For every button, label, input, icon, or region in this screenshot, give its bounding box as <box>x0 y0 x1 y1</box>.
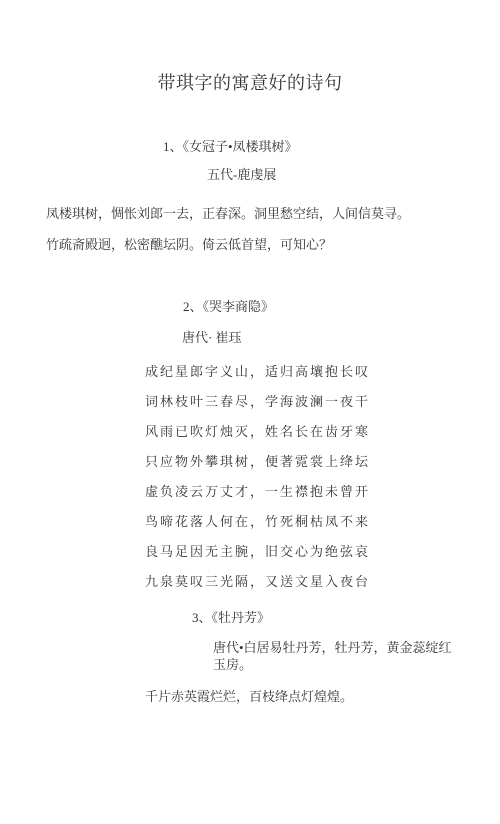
section-2-heading: 2、《哭李商隐》 <box>183 299 274 314</box>
section-2-verse-line: 鸟啼花落人何在，竹死桐枯凤不来 <box>145 514 370 529</box>
section-2-author: 唐代· 崔珏 <box>182 330 242 345</box>
section-3-author-and-verse: 唐代•白居易牡丹芳，牡丹芳，黄金蕊绽红玉房。 <box>213 639 455 673</box>
document-page: 带琪字的寓意好的诗句 1、《女冠子•凤楼琪树》 五代-鹿虔展 凤楼琪树，惆怅刘郎… <box>0 0 500 824</box>
section-2-verse-line: 词林枝叶三春尽，学海波澜一夜干 <box>145 394 370 409</box>
section-1-verse-line: 竹疏斋殿迥，松密醮坛阴。倚云低首望，可知心？ <box>46 237 332 252</box>
document-title: 带琪字的寓意好的诗句 <box>0 72 500 94</box>
section-2-verse-line: 良马足因无主腕，旧交心为绝弦哀 <box>145 544 370 559</box>
section-1-author: 五代-鹿虔展 <box>207 167 276 182</box>
section-2-verse-line: 九泉莫叹三光隔，又送文星入夜台 <box>145 574 370 589</box>
section-2-verse-line: 成纪星郎字义山，适归高壤抱长叹 <box>145 364 370 379</box>
section-2-verse-line: 风雨已吹灯烛灭，姓名长在齿牙寒 <box>145 424 370 439</box>
section-3-verse-line: 千片赤英霞烂烂，百枝绛点灯煌煌。 <box>145 689 353 704</box>
section-2-verse-line: 只应物外攀琪树，便著霓裳上绛坛 <box>145 454 370 469</box>
section-1-heading: 1、《女冠子•凤楼琪树》 <box>163 139 298 154</box>
section-2-verse-line: 虚负凌云万丈才，一生襟抱未曾开 <box>145 484 370 499</box>
section-3-heading: 3、《牡丹芳》 <box>192 610 270 625</box>
section-1-verse-line: 凤楼琪树，惆怅刘郎一去，正春深。洞里愁空结，人间信莫寻。 <box>46 206 410 221</box>
